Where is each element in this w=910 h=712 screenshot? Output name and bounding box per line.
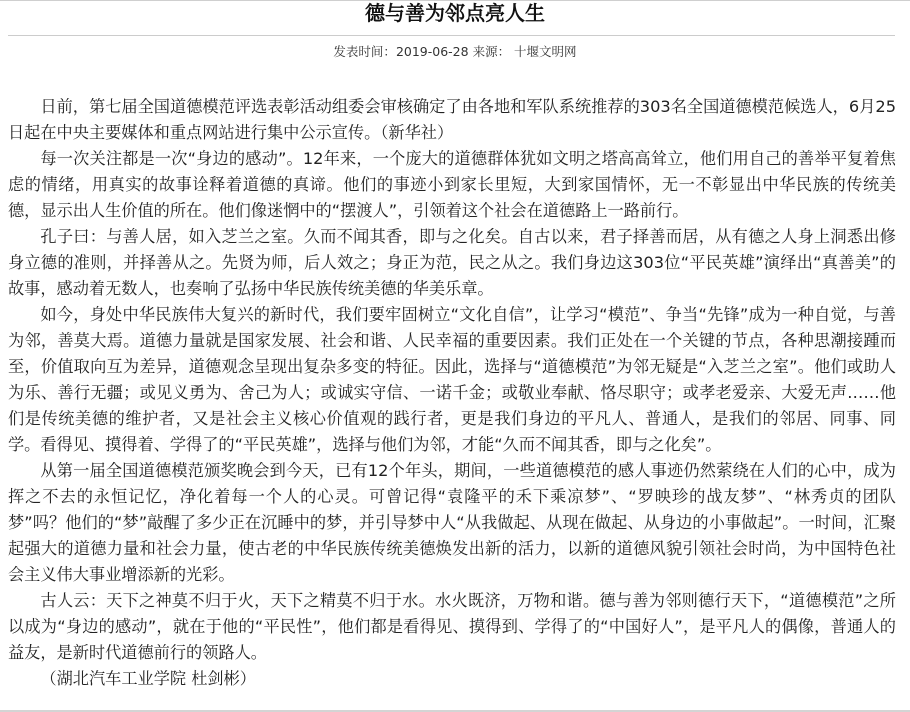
- paragraph-new-era: 如今，身处中华民族伟大复兴的新时代，我们要牢固树立“文化自信”，让学习“模范”、…: [8, 302, 896, 458]
- publish-date: 2019-06-28: [396, 44, 469, 59]
- paragraph-intro: 日前，第七届全国道德模范评选表彰活动组委会审核确定了由各地和军队系统推荐的303…: [8, 94, 896, 146]
- author-signature: （湖北汽车工业学院 杜剑彬）: [8, 666, 896, 692]
- source-name: 十堰文明网: [510, 44, 576, 59]
- article-meta: 发表时间：2019-06-28 来源： 十堰文明网: [0, 43, 910, 61]
- paragraph-dreams: 从第一届全国道德模范颁奖晚会到今天，已有12个年头，期间，一些道德模范的感人事迹…: [8, 458, 896, 588]
- paragraph-confucius: 孔子曰：与善人居，如入芝兰之室。久而不闻其香，即与之化矣。自古以来，君子择善而居…: [8, 224, 896, 302]
- publish-label: 发表时间：: [333, 44, 396, 59]
- source-label: 来源：: [469, 44, 510, 59]
- paragraph-touching: 每一次关注都是一次“身边的感动”。12年来，一个庞大的道德群体犹如文明之塔高高耸…: [8, 146, 896, 224]
- article-body: 日前，第七届全国道德模范评选表彰活动组委会审核确定了由各地和军队系统推荐的303…: [8, 94, 896, 692]
- paragraph-ancients: 古人云：天下之神莫不归于火，天下之精莫不归于水。水火既济，万物和谐。德与善为邻则…: [8, 588, 896, 666]
- title-divider: [8, 35, 895, 36]
- article-title: 德与善为邻点亮人生: [0, 0, 910, 26]
